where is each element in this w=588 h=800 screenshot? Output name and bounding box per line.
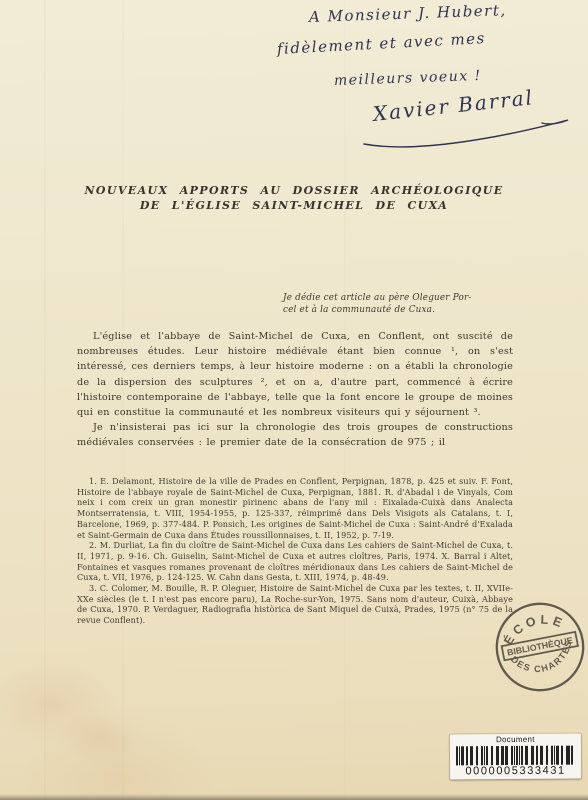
scanned-book-page: A Monsieur J. Hubert, fidèlement et avec… xyxy=(0,0,588,800)
article-title: NOUVEAUX APPORTS AU DOSSIER ARCHÉOLOGIQU… xyxy=(0,183,588,213)
printed-dedication-line1: Je dédie cet article au père Oleguer Por… xyxy=(283,293,472,305)
article-title-line1: NOUVEAUX APPORTS AU DOSSIER ARCHÉOLOGIQU… xyxy=(0,183,588,198)
signature-flourish xyxy=(358,110,576,154)
handwriting-line: fidèlement et avec mes xyxy=(277,29,487,58)
footnote: 3. C. Colomer, M. Bouille, R. P. Oleguer… xyxy=(77,583,513,626)
handwriting-line: meilleurs voeux ! xyxy=(334,68,482,89)
body-text: L'église et l'abbaye de Saint-Michel de … xyxy=(77,329,513,451)
barcode-icon xyxy=(456,745,575,765)
handwriting-line: A Monsieur J. Hubert, xyxy=(309,1,507,26)
footnote: 1. E. Delamont, Histoire de la ville de … xyxy=(77,476,513,540)
barcode-number: 0000005333431 xyxy=(465,766,565,778)
paragraph: L'église et l'abbaye de Saint-Michel de … xyxy=(77,329,513,420)
paragraph: Je n'insisterai pas ici sur la chronolog… xyxy=(77,420,513,450)
footnotes: 1. E. Delamont, Histoire de la ville de … xyxy=(77,476,513,626)
library-stamp: ÉCOLE DES CHARTES BIBLIOTHÈQUE xyxy=(489,595,588,699)
barcode-title: Document xyxy=(496,736,535,744)
printed-dedication: Je dédie cet article au père Oleguer Por… xyxy=(283,293,472,316)
footnote: 2. M. Durliat, La fin du cloître de Sain… xyxy=(77,540,513,583)
printed-dedication-line2: cel et à la communauté de Cuxa. xyxy=(283,305,472,317)
article-title-line2: DE L'ÉGLISE SAINT-MICHEL DE CUXA xyxy=(0,198,588,213)
barcode-label: Document 0000005333431 xyxy=(450,734,581,780)
